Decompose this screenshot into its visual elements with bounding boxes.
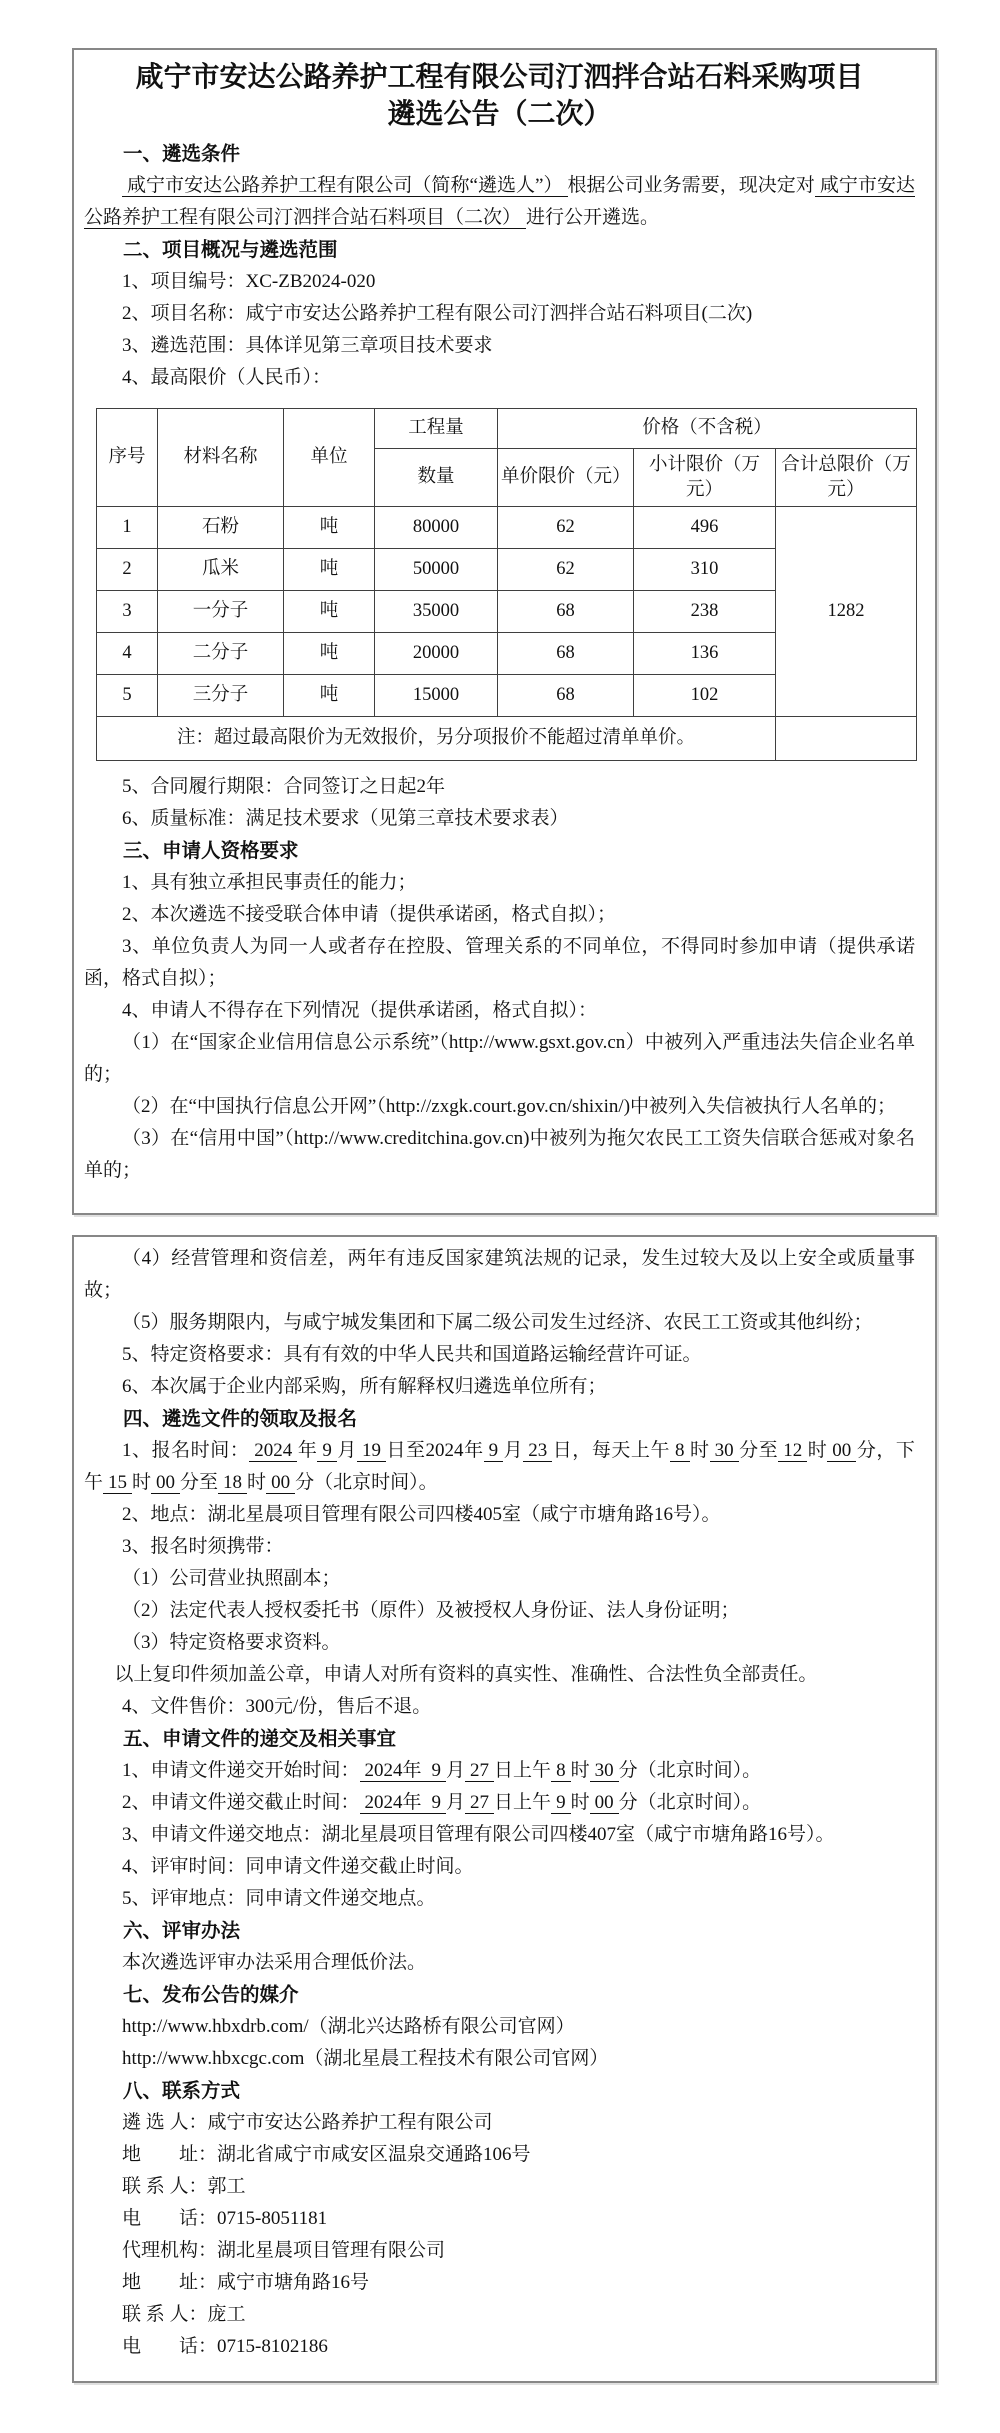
qualification-subitem-4: （4）经营管理和资信差，两年有违反国家建筑法规的记录，发生过较大及以上安全或质量… <box>84 1243 915 1307</box>
qualification-item-4: 4、申请人不得存在下列情况（提供承诺函，格式自拟）： <box>84 995 915 1027</box>
cell-serial: 4 <box>97 633 158 675</box>
header-material: 材料名称 <box>158 409 284 507</box>
cell-subtotal: 136 <box>634 633 776 675</box>
section-8-heading: 八、联系方式 <box>84 2075 915 2107</box>
contact-selector-phone-line: 电 话：0715-8051181 <box>84 2203 915 2235</box>
submission-place-line: 3、申请文件递交地点：湖北星晨项目管理有限公司四楼407室（咸宁市塘角路16号）… <box>84 1819 915 1851</box>
document-page-2: （4）经营管理和资信差，两年有违反国家建筑法规的记录，发生过较大及以上安全或质量… <box>72 1235 937 2383</box>
price-limit-table: 序号 材料名称 单位 工程量 价格（不含税） 数量 单价限价（元） 小计限价（万… <box>96 408 917 761</box>
table-header-row-1: 序号 材料名称 单位 工程量 价格（不含税） <box>97 409 917 449</box>
project-name-line: 2、项目名称：咸宁市安达公路养护工程有限公司汀泗拌合站石料项目(二次) <box>84 298 915 330</box>
media-url-1: http://www.hbxdrb.com/（湖北兴达路桥有限公司官网） <box>84 2011 915 2043</box>
selection-scope-line: 3、遴选范围：具体详见第三章项目技术要求 <box>84 330 915 362</box>
cell-unit: 吨 <box>284 507 375 549</box>
cell-unit: 吨 <box>284 549 375 591</box>
contact-selector-person-line: 联 系 人：郭工 <box>84 2171 915 2203</box>
contact-agency-address-line: 地 址：咸宁市塘角路16号 <box>84 2267 915 2299</box>
cell-quantity: 80000 <box>375 507 498 549</box>
header-unit: 单位 <box>284 409 375 507</box>
cell-unit-price: 68 <box>498 591 634 633</box>
table-note-row: 注：超过最高限价为无效报价，另分项报价不能超过清单单价。 <box>97 717 917 761</box>
contact-agency-person-line: 联 系 人：庞工 <box>84 2299 915 2331</box>
cell-subtotal: 238 <box>634 591 776 633</box>
header-subtotal: 小计限价（万元） <box>634 449 776 507</box>
registration-place-line: 2、地点：湖北星晨项目管理有限公司四楼405室（咸宁市塘角路16号）。 <box>84 1499 915 1531</box>
cell-material: 瓜米 <box>158 549 284 591</box>
cell-unit: 吨 <box>284 591 375 633</box>
cell-unit-price: 68 <box>498 675 634 717</box>
table-row-1: 1 石粉 吨 80000 62 496 1282 <box>97 507 917 549</box>
submission-deadline-line: 2、申请文件递交截止时间：2024年9月27日上午9时00分（北京时间）。 <box>84 1787 915 1819</box>
header-serial: 序号 <box>97 409 158 507</box>
review-time-line: 4、评审时间：同申请文件递交截止时间。 <box>84 1851 915 1883</box>
qualification-subitem-1: （1）在“国家企业信用信息公示系统”（http://www.gsxt.gov.c… <box>84 1027 915 1091</box>
cell-quantity: 50000 <box>375 549 498 591</box>
registration-time-line: 1、报名时间：2024年9月19日至2024年9月23日，每天上午8时30分至1… <box>84 1435 915 1499</box>
cell-unit-price: 62 <box>498 549 634 591</box>
header-volume: 工程量 <box>375 409 498 449</box>
document-page-1: 咸宁市安达公路养护工程有限公司汀泗拌合站石料采购项目 遴选公告（二次） 一、遴选… <box>72 48 937 1215</box>
qualification-item-2: 2、本次遴选不接受联合体申请（提供承诺函，格式自拟）； <box>84 899 915 931</box>
section-1-paragraph: 咸宁市安达公路养护工程有限公司（简称“遴选人”）根据公司业务需要，现决定对咸宁市… <box>84 170 915 234</box>
cell-subtotal: 310 <box>634 549 776 591</box>
contact-selector-line: 遴 选 人：咸宁市安达公路养护工程有限公司 <box>84 2107 915 2139</box>
cell-material: 三分子 <box>158 675 284 717</box>
cell-serial: 1 <box>97 507 158 549</box>
cell-material: 一分子 <box>158 591 284 633</box>
cell-subtotal: 102 <box>634 675 776 717</box>
qualification-item-5: 5、特定资格要求：具有有效的中华人民共和国道路运输经营许可证。 <box>84 1339 915 1371</box>
review-place-line: 5、评审地点：同申请文件递交地点。 <box>84 1883 915 1915</box>
contact-agency-line: 代理机构：湖北星晨项目管理有限公司 <box>84 2235 915 2267</box>
cell-unit-price: 68 <box>498 633 634 675</box>
copies-notice-line: 以上复印件须加盖公章，申请人对所有资料的真实性、准确性、合法性负全部责任。 <box>84 1659 915 1691</box>
media-url-2: http://www.hbxcgc.com（湖北星晨工程技术有限公司官网） <box>84 2043 915 2075</box>
document-price-line: 4、文件售价：300元/份，售后不退。 <box>84 1691 915 1723</box>
table-note: 注：超过最高限价为无效报价，另分项报价不能超过清单单价。 <box>97 717 776 761</box>
cell-serial: 5 <box>97 675 158 717</box>
cell-subtotal: 496 <box>634 507 776 549</box>
section-1-heading: 一、遴选条件 <box>84 138 915 170</box>
max-price-line: 4、最高限价（人民币）： <box>84 362 915 394</box>
cell-serial: 2 <box>97 549 158 591</box>
cell-unit-price: 62 <box>498 507 634 549</box>
header-quantity: 数量 <box>375 449 498 507</box>
cell-grand-total: 1282 <box>776 507 917 717</box>
qualification-item-3: 3、单位负责人为同一人或者存在控股、管理关系的不同单位，不得同时参加申请（提供承… <box>84 931 915 995</box>
cell-serial: 3 <box>97 591 158 633</box>
registration-bring-line: 3、报名时须携带： <box>84 1531 915 1563</box>
contract-term-line: 5、合同履行期限：合同签订之日起2年 <box>84 771 915 803</box>
document-title-line2: 遴选公告（二次） <box>84 95 915 132</box>
section-3-heading: 三、申请人资格要求 <box>84 835 915 867</box>
submission-start-line: 1、申请文件递交开始时间：2024年9月27日上午8时30分（北京时间）。 <box>84 1755 915 1787</box>
qualification-subitem-2: （2）在“中国执行信息公开网”（http://zxgk.court.gov.cn… <box>84 1091 915 1123</box>
contact-selector-address-line: 地 址：湖北省咸宁市咸安区温泉交通路106号 <box>84 2139 915 2171</box>
note-side-empty-cell <box>776 717 917 761</box>
section-2-heading: 二、项目概况与遴选范围 <box>84 234 915 266</box>
cell-quantity: 35000 <box>375 591 498 633</box>
qualification-subitem-3: （3）在“信用中国”（http://www.creditchina.gov.cn… <box>84 1123 915 1187</box>
section-4-heading: 四、遴选文件的领取及报名 <box>84 1403 915 1435</box>
review-method-line: 本次遴选评审办法采用合理低价法。 <box>84 1947 915 1979</box>
section-5-heading: 五、申请文件的递交及相关事宜 <box>84 1723 915 1755</box>
document-title-line1: 咸宁市安达公路养护工程有限公司汀泗拌合站石料采购项目 <box>84 58 915 95</box>
bring-item-3: （3）特定资格要求资料。 <box>84 1627 915 1659</box>
header-unit-price: 单价限价（元） <box>498 449 634 507</box>
section-6-heading: 六、评审办法 <box>84 1915 915 1947</box>
cell-quantity: 15000 <box>375 675 498 717</box>
quality-standard-line: 6、质量标准：满足技术要求（见第三章技术要求表） <box>84 803 915 835</box>
qualification-subitem-5: （5）服务期限内，与咸宁城发集团和下属二级公司发生过经济、农民工工资或其他纠纷； <box>84 1307 915 1339</box>
cell-unit: 吨 <box>284 675 375 717</box>
contact-agency-phone-line: 电 话：0715-8102186 <box>84 2331 915 2363</box>
qualification-item-1: 1、具有独立承担民事责任的能力； <box>84 867 915 899</box>
cell-material: 二分子 <box>158 633 284 675</box>
cell-unit: 吨 <box>284 633 375 675</box>
bring-item-1: （1）公司营业执照副本； <box>84 1563 915 1595</box>
cell-quantity: 20000 <box>375 633 498 675</box>
header-grand-total: 合计总限价（万元） <box>776 449 917 507</box>
project-number-line: 1、项目编号：XC-ZB2024-020 <box>84 266 915 298</box>
cell-material: 石粉 <box>158 507 284 549</box>
header-price-group: 价格（不含税） <box>498 409 917 449</box>
qualification-item-6: 6、本次属于企业内部采购，所有解释权归遴选单位所有； <box>84 1371 915 1403</box>
bring-item-2: （2）法定代表人授权委托书（原件）及被授权人身份证、法人身份证明； <box>84 1595 915 1627</box>
section-7-heading: 七、发布公告的媒介 <box>84 1979 915 2011</box>
